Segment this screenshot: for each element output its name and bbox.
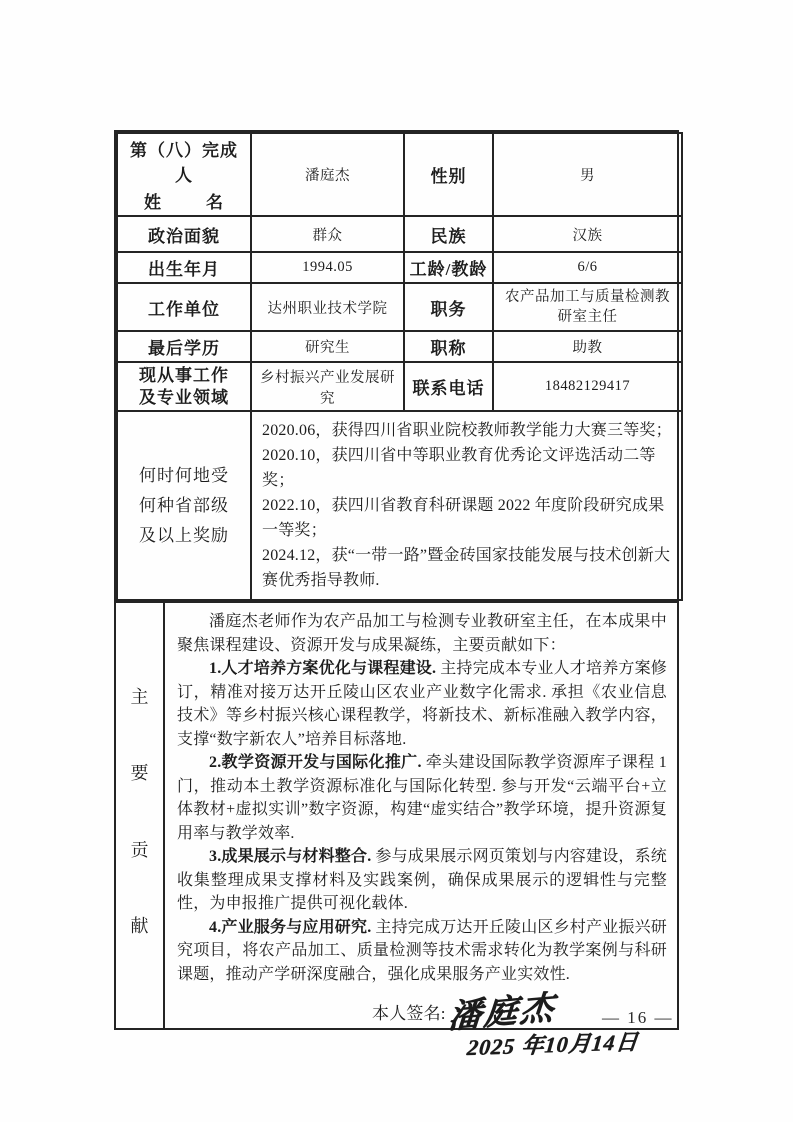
item-title: 4.产业服务与应用研究. bbox=[209, 919, 371, 936]
contribution-item: 3.成果展示与材料整合.参与成果展示网页策划与内容建设，系统收集整理成果支撑材料… bbox=[177, 845, 667, 916]
current-work-value: 乡村振兴产业发展研究 bbox=[251, 362, 404, 411]
phone-label: 联系电话 bbox=[404, 362, 493, 411]
work-unit-value: 达州职业技术学院 bbox=[251, 283, 404, 331]
item-title: 2.教学资源开发与国际化推广. bbox=[209, 754, 422, 771]
birth-date-label: 出生年月 bbox=[117, 252, 251, 283]
table-row: 第（八）完成人 姓 名 潘庭杰 性别 男 bbox=[117, 133, 682, 216]
title-value: 助教 bbox=[493, 331, 682, 362]
document-page: 第（八）完成人 姓 名 潘庭杰 性别 男 政治面貌 群众 民族 汉族 出生年月 … bbox=[0, 0, 793, 1122]
seniority-value: 6/6 bbox=[493, 252, 682, 283]
award-item: 2020.06，获得四川省职业院校教师教学能力大赛三等奖； bbox=[262, 418, 673, 443]
name-value: 潘庭杰 bbox=[251, 133, 404, 216]
completer-ordinal-label: 第（八）完成人 bbox=[122, 136, 246, 186]
political-status-value: 群众 bbox=[251, 216, 404, 252]
title-label: 职称 bbox=[404, 331, 493, 362]
birth-date-value: 1994.05 bbox=[251, 252, 404, 283]
contribution-item: 4.产业服务与应用研究.主持完成万达开丘陵山区乡村产业振兴研究项目，将农产品加工… bbox=[177, 916, 667, 987]
signature-label: 本人签名: bbox=[372, 1002, 446, 1026]
item-title: 3.成果展示与材料整合. bbox=[209, 848, 371, 865]
completer-name-label: 第（八）完成人 姓 名 bbox=[117, 133, 251, 216]
ethnicity-label: 民族 bbox=[404, 216, 493, 252]
completer-info-table: 第（八）完成人 姓 名 潘庭杰 性别 男 政治面貌 群众 民族 汉族 出生年月 … bbox=[114, 130, 679, 1030]
ethnicity-value: 汉族 bbox=[493, 216, 682, 252]
contribution-item: 2.教学资源开发与国际化推广.牵头建设国际教学资源库子课程 1 门，推动本土教学… bbox=[177, 751, 667, 845]
name-char-left: 姓 bbox=[144, 188, 162, 213]
table-row: 工作单位 达州职业技术学院 职务 农产品加工与质量检测教研室主任 bbox=[117, 283, 682, 331]
education-value: 研究生 bbox=[251, 331, 404, 362]
awards-list: 2020.06，获得四川省职业院校教师教学能力大赛三等奖； 2020.10，获四… bbox=[251, 411, 682, 600]
awards-label: 何时何地受何种省部级及以上奖励 bbox=[117, 411, 251, 600]
vertical-label-char: 要 bbox=[131, 759, 149, 785]
table-row: 政治面貌 群众 民族 汉族 bbox=[117, 216, 682, 252]
position-label: 职务 bbox=[404, 283, 493, 331]
signature-handwriting: 潘庭杰 bbox=[447, 997, 557, 1030]
vertical-label-char: 主 bbox=[131, 683, 149, 709]
signature-date-row: 2025 年10月14日 bbox=[177, 1036, 667, 1060]
education-label: 最后学历 bbox=[117, 331, 251, 362]
name-char-right: 名 bbox=[206, 188, 224, 213]
main-contribution-content: 潘庭杰老师作为农产品加工与检测专业教研室主任，在本成果中聚焦课程建设、资源开发与… bbox=[165, 603, 677, 1028]
table-row: 现从事工作及专业领域 乡村振兴产业发展研究 联系电话 18482129417 bbox=[117, 362, 682, 411]
page-number: — 16 — bbox=[602, 1008, 674, 1028]
position-value: 农产品加工与质量检测教研室主任 bbox=[493, 283, 682, 331]
table-row: 何时何地受何种省部级及以上奖励 2020.06，获得四川省职业院校教师教学能力大… bbox=[117, 411, 682, 600]
main-contribution-label: 主 要 贡 献 bbox=[116, 603, 165, 1028]
signature-date-handwriting: 2025 年10月14日 bbox=[466, 1030, 640, 1060]
work-unit-label: 工作单位 bbox=[117, 283, 251, 331]
award-item: 2024.12，获“一带一路”暨金砖国家技能发展与技术创新大赛优秀指导教师. bbox=[262, 543, 673, 593]
vertical-label-char: 献 bbox=[131, 912, 149, 938]
award-item: 2020.10，获四川省中等职业教育优秀论文评选活动二等奖； bbox=[262, 443, 673, 493]
current-work-label: 现从事工作及专业领域 bbox=[117, 362, 251, 411]
table-row: 最后学历 研究生 职称 助教 bbox=[117, 331, 682, 362]
contribution-intro: 潘庭杰老师作为农产品加工与检测专业教研室主任，在本成果中聚焦课程建设、资源开发与… bbox=[177, 610, 667, 657]
gender-label: 性别 bbox=[404, 133, 493, 216]
table-row: 出生年月 1994.05 工龄/教龄 6/6 bbox=[117, 252, 682, 283]
phone-value: 18482129417 bbox=[493, 362, 682, 411]
item-title: 1.人才培养方案优化与课程建设. bbox=[209, 660, 436, 677]
main-contribution-row: 主 要 贡 献 潘庭杰老师作为农产品加工与检测专业教研室主任，在本成果中聚焦课程… bbox=[116, 601, 677, 1028]
award-item: 2022.10，获四川省教育科研课题 2022 年度阶段研究成果一等奖； bbox=[262, 493, 673, 543]
contribution-item: 1.人才培养方案优化与课程建设.主持完成本专业人才培养方案修订，精准对接万达开丘… bbox=[177, 657, 667, 751]
name-label-spread: 姓 名 bbox=[122, 188, 246, 213]
political-status-label: 政治面貌 bbox=[117, 216, 251, 252]
vertical-label-char: 贡 bbox=[131, 836, 149, 862]
seniority-label: 工龄/教龄 bbox=[404, 252, 493, 283]
gender-value: 男 bbox=[493, 133, 682, 216]
